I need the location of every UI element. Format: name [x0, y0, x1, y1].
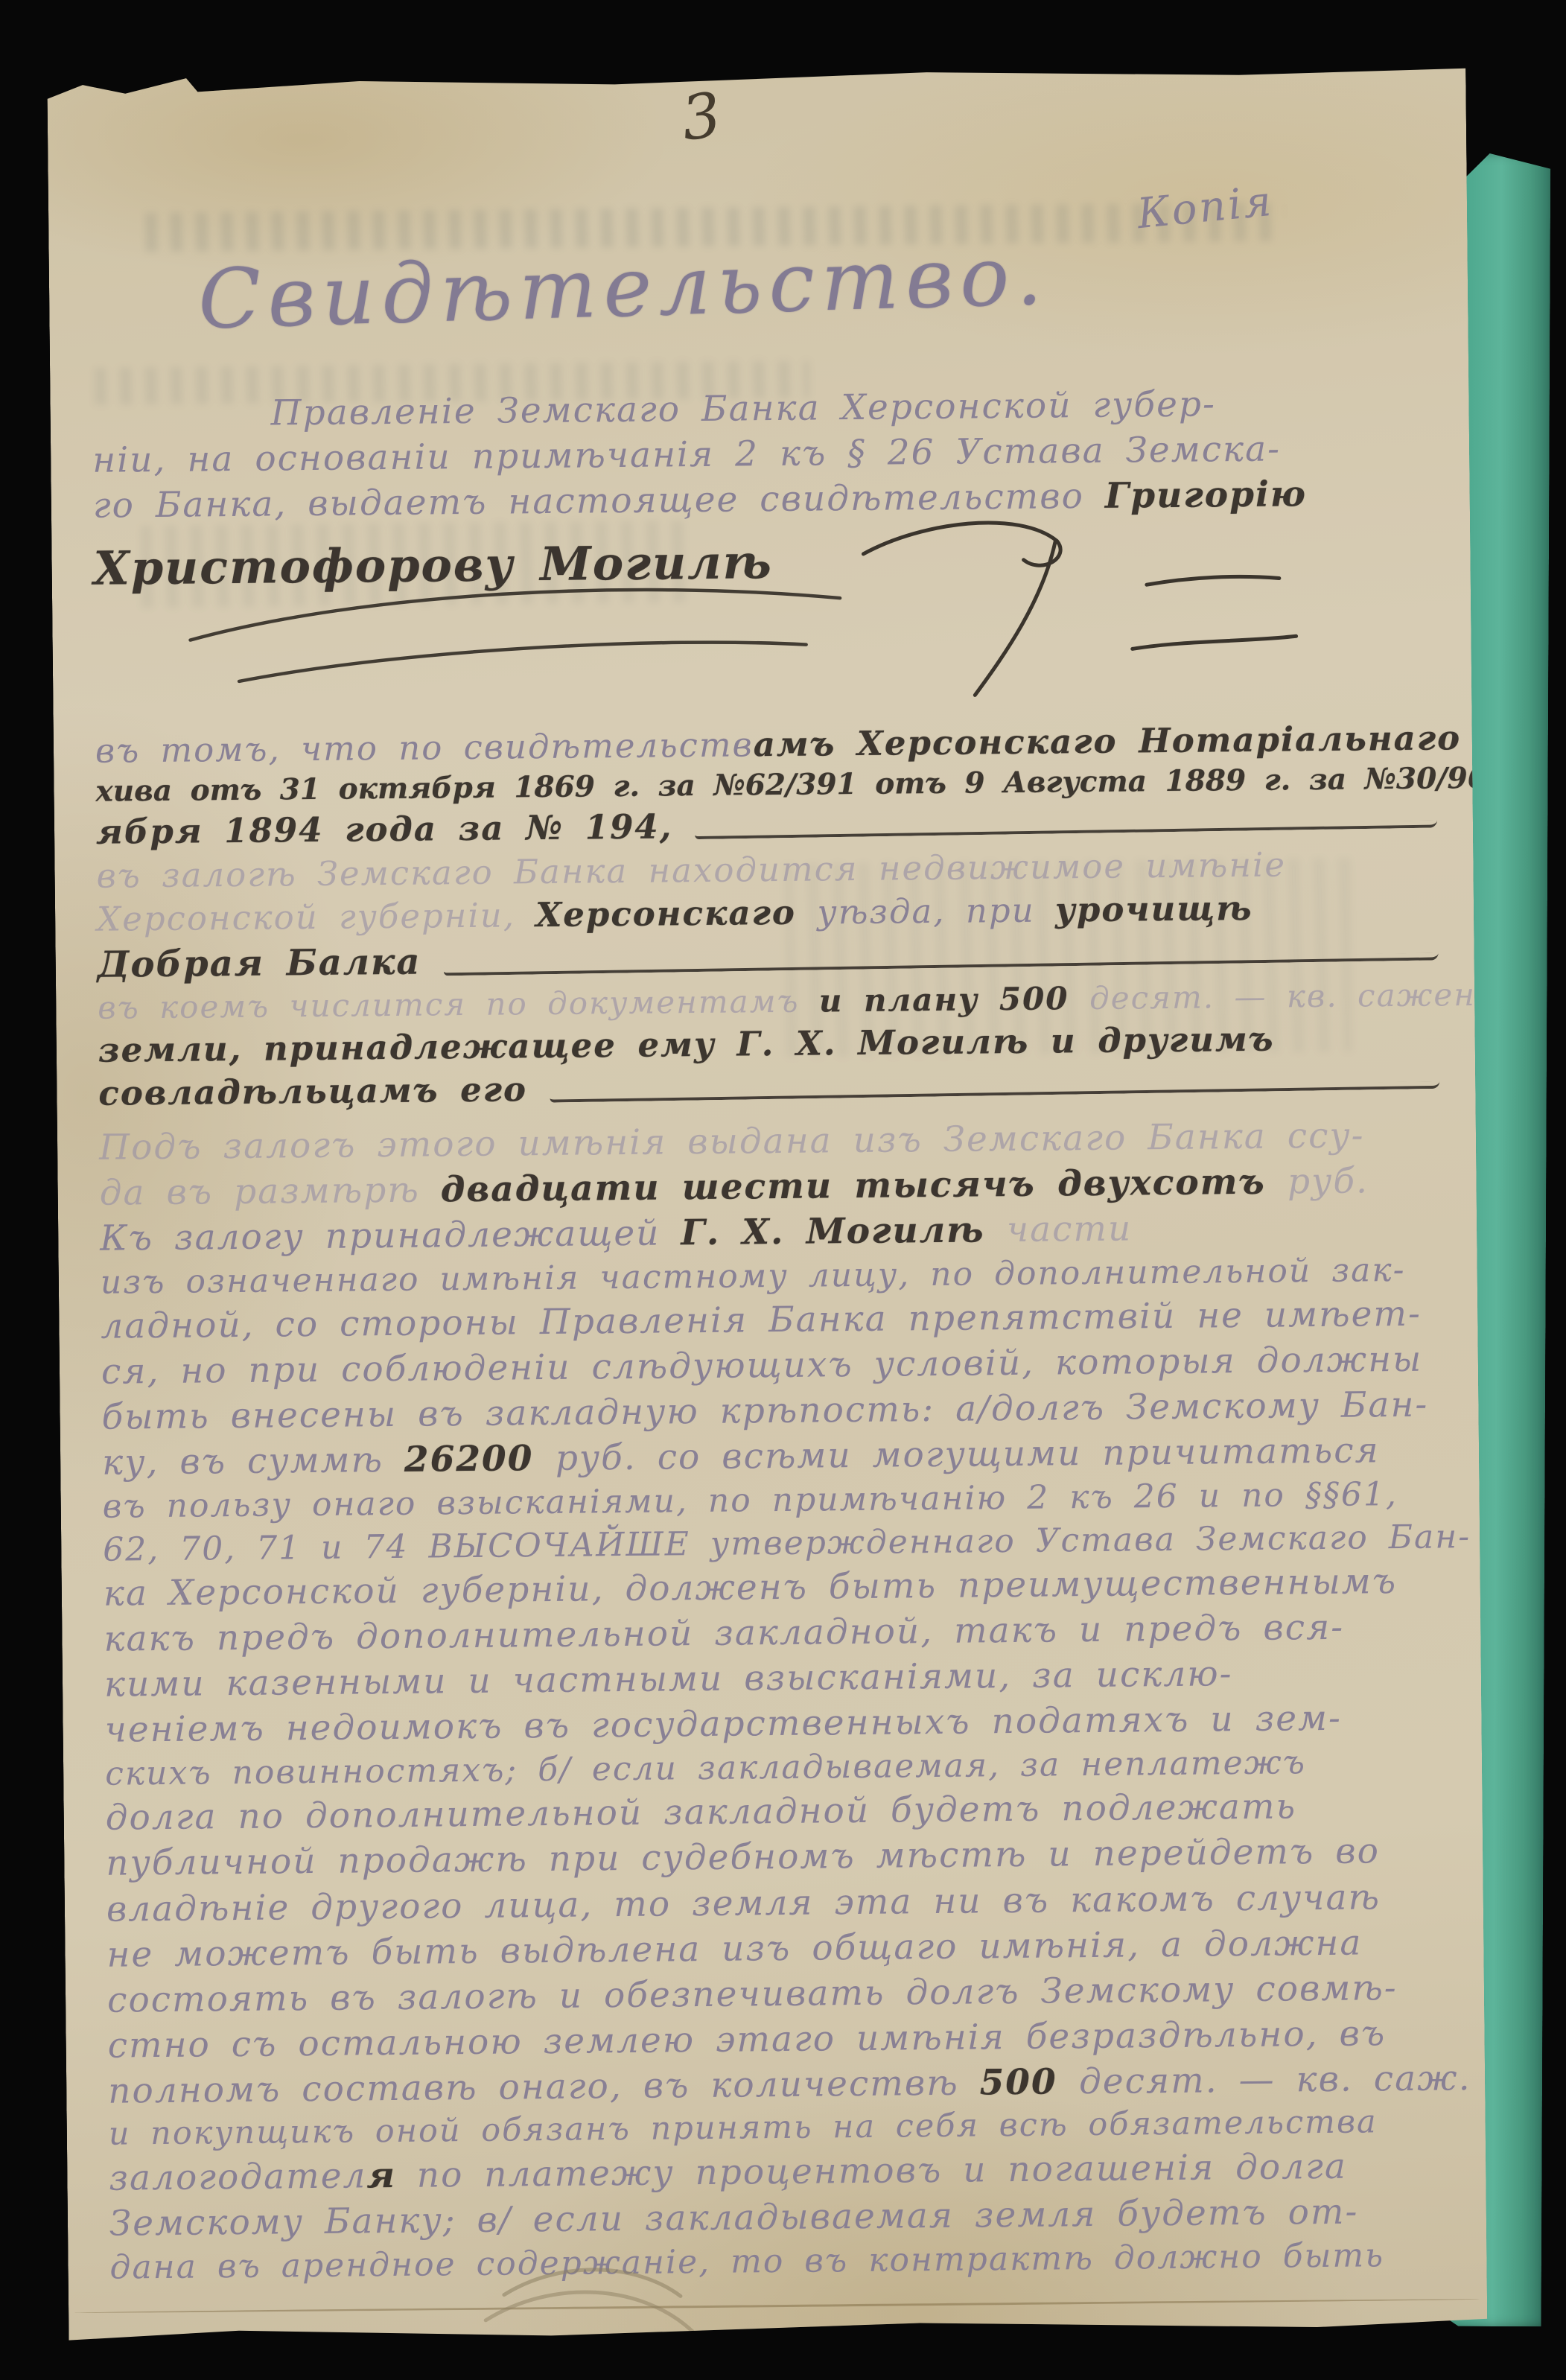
text-segment: двадцати шести тысячъ двухсотъ: [440, 1159, 1288, 1212]
text-segment: 500: [979, 2059, 1079, 2105]
text-segment: полномъ составѣ онаго, въ количествѣ: [108, 2060, 980, 2113]
text-segment: ября 1894 года за № 194,: [96, 805, 673, 854]
text-segment: десят. — кв. саж.: [1079, 2055, 1471, 2104]
text-segment: Христофорову Могилѣ: [93, 532, 773, 599]
text-segment: въ томъ, что по свидѣтельств: [95, 723, 754, 773]
text-segment: части: [1007, 1206, 1133, 1253]
document-page: 3 Копія Свидѣтельство. Правленіе Земскаг…: [47, 60, 1487, 2344]
text-segment: уѣзда, при: [817, 888, 1055, 935]
text-line: Христофорову Могилѣ: [93, 526, 1442, 599]
text-segment: го Банка, выдаетъ настоящее свидѣтельств…: [93, 474, 1106, 529]
copy-annotation: Копія: [1135, 177, 1276, 238]
fill-in-underline: [695, 820, 1437, 839]
text-segment: да въ размѣрѣ: [99, 1167, 441, 1215]
text-segment: Къ залогу принадлежащей: [100, 1210, 681, 1261]
text-segment: залогодател: [109, 2153, 367, 2201]
text-segment: Херсонскаго: [535, 891, 818, 938]
text-segment: Григорію: [1105, 471, 1308, 519]
scan-background: { "page": { "number": "3", "annotation":…: [0, 0, 1566, 2380]
document-body: Правленіе Земскаго Банка Херсонской губе…: [92, 379, 1458, 2289]
page-number: 3: [678, 85, 725, 150]
document-title: Свидѣтельство.: [197, 226, 1050, 349]
text-segment: совладѣльцамъ его: [98, 1068, 527, 1116]
bottom-arc-2: [486, 2291, 693, 2334]
text-segment: Херсонской губерніи,: [97, 894, 536, 941]
text-segment: я: [366, 2153, 396, 2198]
text-segment: руб. со всѣми могущими причитаться: [556, 1428, 1380, 1482]
text-segment: урочищѣ: [1055, 887, 1253, 932]
text-segment: ку, въ суммѣ: [102, 1437, 404, 1486]
text-segment: амъ Херсонскаго Нотаріальнаго Ар-: [753, 716, 1487, 767]
text-segment: въ коемъ числится по документамъ: [98, 981, 819, 1028]
text-segment: руб.: [1288, 1158, 1369, 1204]
text-segment: десят. — кв. сажени: [1089, 975, 1488, 1019]
text-segment: Добрая Балка: [97, 938, 421, 988]
fill-in-underline: [550, 1081, 1439, 1102]
fill-in-underline: [444, 952, 1439, 976]
text-segment: 26200: [404, 1436, 556, 1483]
text-segment: и плану 500: [819, 979, 1090, 1022]
text-segment: Г. Х. Могилѣ: [681, 1207, 1007, 1256]
